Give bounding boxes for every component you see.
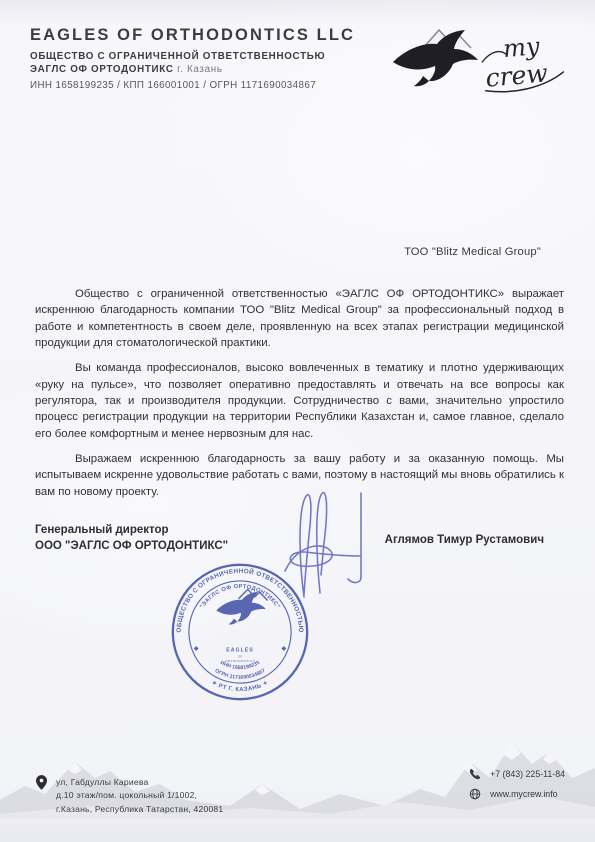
address-line-1: ул, Габдуллы Кариева <box>56 776 223 790</box>
mycrew-logo: my crew <box>387 24 567 96</box>
letterhead: EAGLES OF ORTHODONTICS LLC ОБЩЕСТВО С ОГ… <box>30 26 355 91</box>
recipient: ТОО "Blitz Medical Group" <box>404 246 541 258</box>
company-legal-form: ОБЩЕСТВО С ОГРАНИЧЕННОЙ ОТВЕТСТВЕННОСТЬЮ <box>30 50 355 63</box>
company-name-en: EAGLES OF ORTHODONTICS LLC <box>30 26 355 45</box>
seal-ring-bottom-text: ✦ РТ Г. КАЗАНЬ ✦ <box>210 679 269 693</box>
signer-name: Аглямов Тимур Рустамович <box>385 534 544 546</box>
seal-center-line2: OF <box>238 654 242 658</box>
paragraph-1: Общество с ограниченной ответственностью… <box>35 286 564 351</box>
letter-page: EAGLES OF ORTHODONTICS LLC ОБЩЕСТВО С ОГ… <box>0 0 595 842</box>
address-line-2: д.10 этаж/пом. цокольный 1/1002, <box>56 789 223 803</box>
footer-contacts: +7 (843) 225-11-84 www.mycrew.info <box>469 768 565 808</box>
svg-text:✦ РТ Г. КАЗАНЬ ✦: ✦ РТ Г. КАЗАНЬ ✦ <box>210 679 269 693</box>
seal-eagle-icon <box>216 589 267 624</box>
company-city: г. Казань <box>177 64 223 75</box>
company-name-ru: ЭАГЛС ОФ ОРТОДОНТИКС <box>30 64 174 75</box>
phone-number: +7 (843) 225-11-84 <box>490 769 565 779</box>
company-seal: ОБЩЕСТВО С ОГРАНИЧЕННОЙ ОТВЕТСТВЕННОСТЬЮ… <box>167 559 313 705</box>
globe-icon <box>469 788 481 800</box>
logo-word-crew: crew <box>484 58 548 92</box>
phone-row: +7 (843) 225-11-84 <box>469 768 565 780</box>
website-row: www.mycrew.info <box>469 788 565 800</box>
eagle-logo-icon: my crew <box>387 24 567 94</box>
seal-center-line1: EAGLES <box>226 647 253 653</box>
footer-address: ул, Габдуллы Кариева д.10 этаж/пом. цоко… <box>56 776 223 817</box>
website-url: www.mycrew.info <box>490 789 557 799</box>
address-line-3: г.Казань, Республика Татарстан, 420081 <box>56 803 223 817</box>
company-name-ru-line: ЭАГЛС ОФ ОРТОДОНТИКС г. Казань <box>30 63 355 76</box>
letter-body: Общество с ограниченной ответственностью… <box>35 286 564 509</box>
phone-icon <box>469 768 481 780</box>
location-pin-icon <box>36 775 47 790</box>
seal-center-line3: ORTHODONTICS <box>225 659 255 663</box>
paragraph-2: Вы команда профессионалов, высоко вовлеч… <box>35 360 564 442</box>
company-registration-numbers: ИНН 1658199235 / КПП 166001001 / ОГРН 11… <box>30 80 355 91</box>
